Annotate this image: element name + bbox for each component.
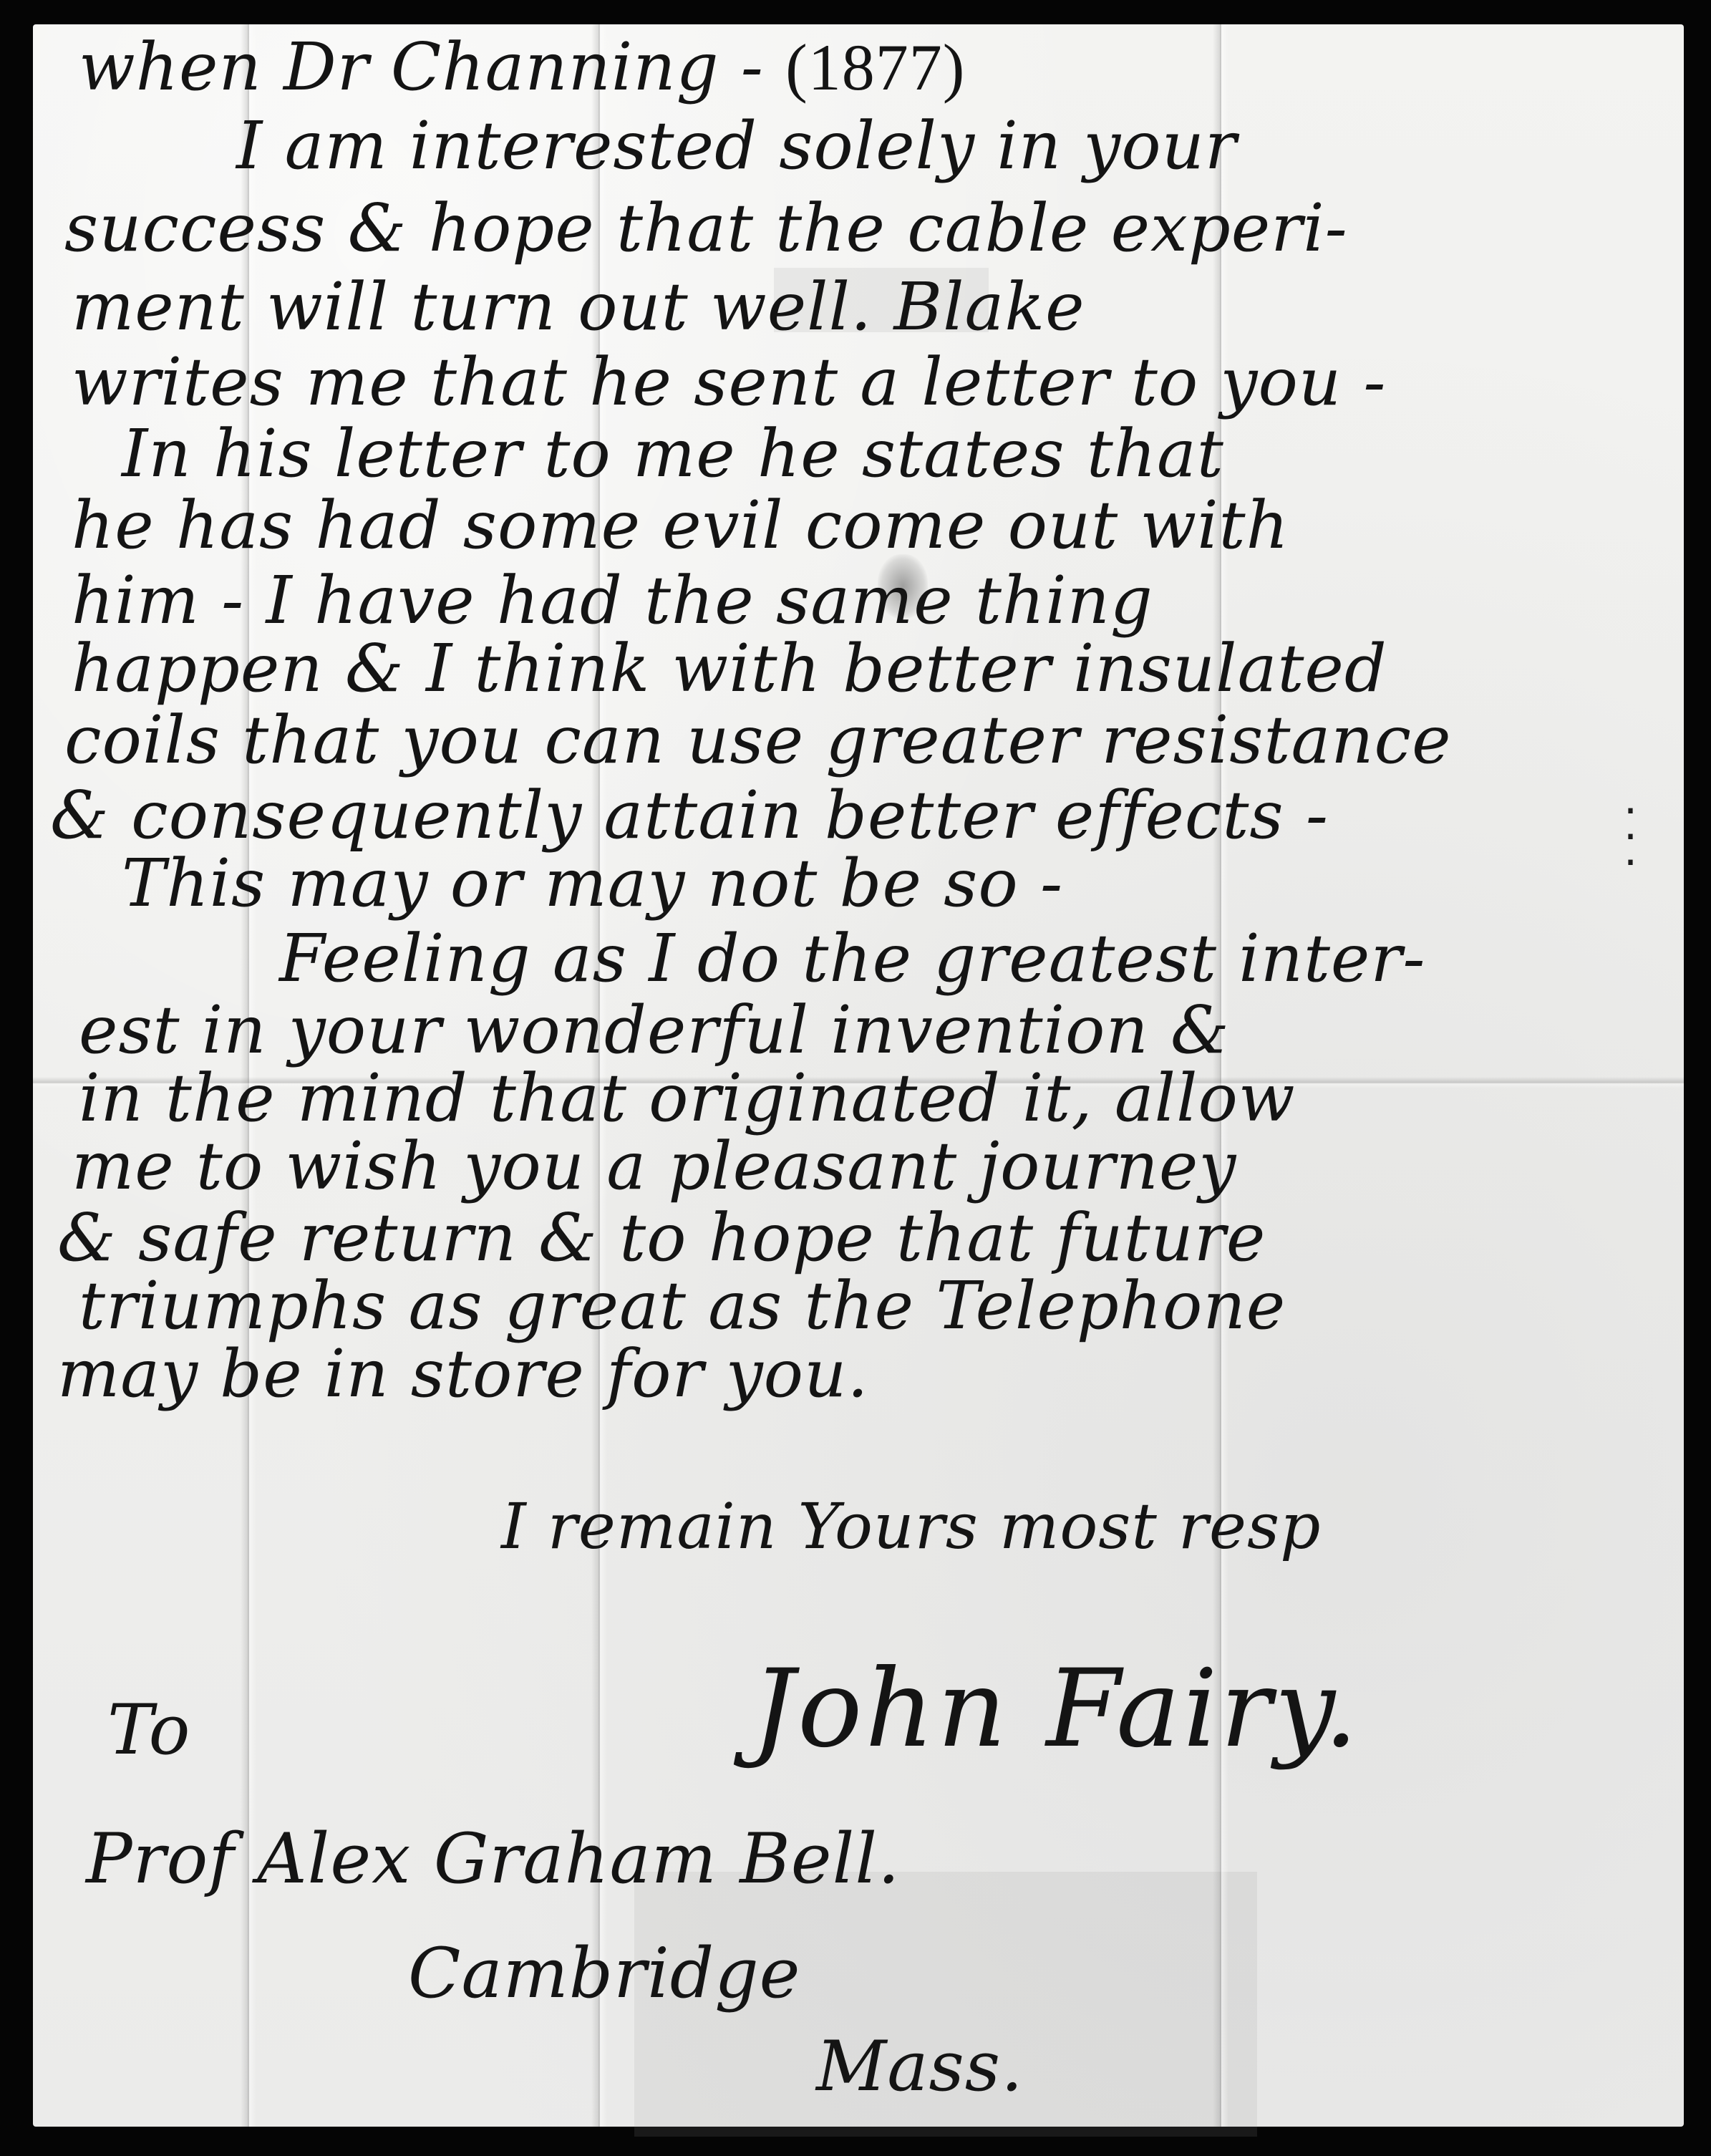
header-line: when Dr Channing - (1877) xyxy=(79,29,965,105)
address-state: Mass. xyxy=(816,2026,1024,2107)
body-line: success & hope that the cable experi- xyxy=(64,190,1348,266)
header-text: when Dr Channing - xyxy=(79,29,764,105)
body-line: happen & I think with better insulated xyxy=(72,630,1387,707)
body-line: him - I have had the same thing xyxy=(72,562,1153,639)
body-line: This may or may not be so - xyxy=(122,845,1063,922)
signature: John Fairy. xyxy=(752,1647,1361,1771)
body-line: In his letter to me he states that xyxy=(122,415,1224,492)
body-line: est in your wonderful invention & xyxy=(79,992,1230,1068)
address-to-label: To xyxy=(107,1690,190,1770)
address-recipient: Prof Alex Graham Bell. xyxy=(86,1819,901,1899)
body-line: triumphs as great as the Telephone xyxy=(79,1267,1286,1344)
body-line: in the mind that originated it, allow xyxy=(79,1060,1296,1136)
body-line: I am interested solely in your xyxy=(236,107,1237,184)
body-line: may be in store for you. xyxy=(57,1335,869,1412)
body-line: & safe return & to hope that future xyxy=(57,1199,1266,1276)
body-line: coils that you can use greater resistanc… xyxy=(64,702,1452,778)
body-line: Feeling as I do the greatest inter- xyxy=(279,920,1425,997)
closing-line: I remain Yours most resp xyxy=(501,1489,1321,1563)
body-line: he has had some evil come out with xyxy=(72,487,1289,564)
body-line: writes me that he sent a letter to you - xyxy=(72,344,1386,420)
address-city: Cambridge xyxy=(408,1933,800,2014)
margin-mark: ··· xyxy=(1624,798,1637,876)
year-note: (1877) xyxy=(785,31,965,104)
body-line: & consequently attain better effects - xyxy=(50,777,1329,854)
body-line: ment will turn out well. Blake xyxy=(72,269,1085,345)
body-line: me to wish you a pleasant journey xyxy=(72,1128,1236,1204)
